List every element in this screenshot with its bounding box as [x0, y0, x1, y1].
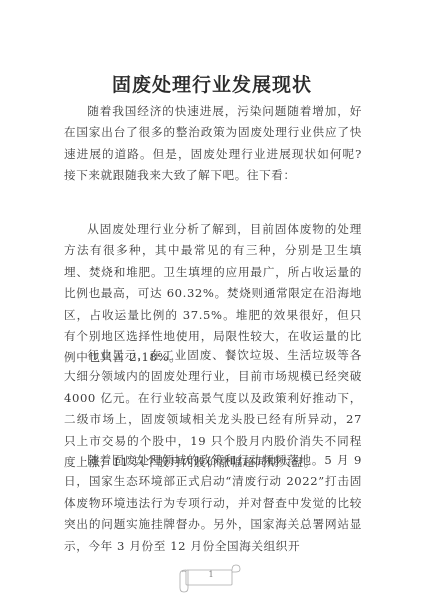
page-footer: 1	[176, 563, 246, 593]
page-number: 1	[176, 570, 246, 579]
paragraph-intro: 随着我国经济的快速进展，污染问题随着增加，好在国家出台了很多的整治政策为固废处理…	[64, 101, 362, 187]
document-page: 固废处理行业发展现状 随着我国经济的快速进展，污染问题随着增加，好在国家出台了很…	[0, 0, 424, 600]
document-title: 固废处理行业发展现状	[0, 70, 424, 97]
paragraph-policy: 随着固废处理领域的政策和行动频频落地。5 月 9 日，国家生态环境部正式启动“清…	[64, 450, 362, 557]
